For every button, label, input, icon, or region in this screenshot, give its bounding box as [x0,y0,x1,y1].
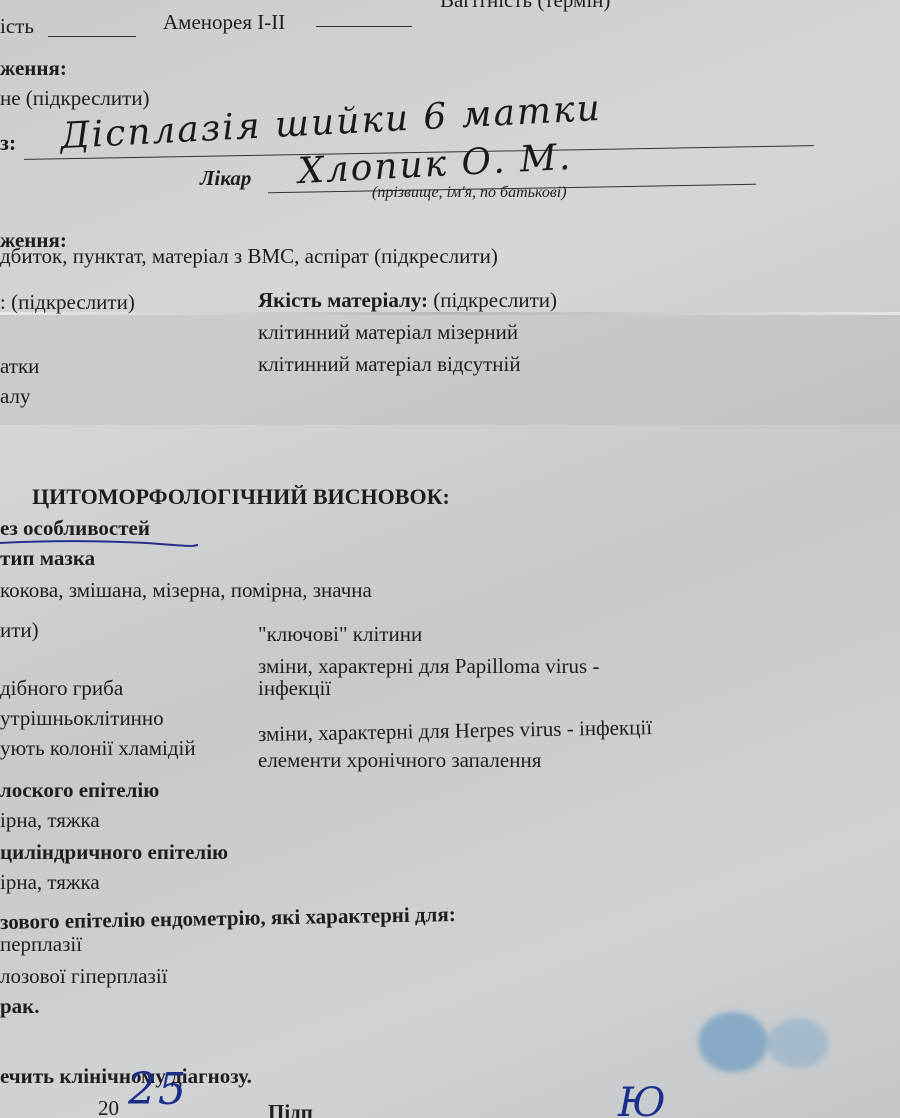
endometrium-item-2: лозової гіперплазії [0,964,168,989]
right-col-item-4: зміни, характерні для Herpes virus - інф… [258,715,652,747]
amenorrhea-blank [316,26,412,27]
left-col-item-2: дібного гриба [0,676,123,701]
left-col-item-1: ити) [0,618,39,643]
left-col-item-3: утрішньоклітинно [0,706,164,731]
left-item-1: атки [0,354,39,379]
stamp-mark [698,1012,768,1072]
quality-item-1: клітинний матеріал мізерний [258,320,518,345]
columnar-degrees: ірна, тяжка [0,870,100,895]
left-item-2: алу [0,384,31,409]
amenorrhea-label: Аменорея І-ІІ [163,10,285,35]
columnar-heading: циліндричного епітелію [0,840,228,865]
left-col-item-4: ують колонії хламідій [0,736,196,761]
diagnosis-prefix: з: [0,130,16,156]
underlined-item: ез особливостей [0,516,150,541]
endometrium-item-1: перплазії [0,932,82,957]
doctor-label: Лікар [200,166,251,191]
endometrium-heading: зового епітелію ендометрію, які характер… [0,902,456,935]
quality-label-note: (підкреслити) [433,288,557,312]
clinical-note: ечить клінічному діагнозу. [0,1064,252,1089]
right-col-item-1: "ключові" клітини [258,622,422,647]
header-field-1-blank [48,36,136,37]
right-col-item-3: інфекції [258,676,331,701]
section-1-title: ження: [0,56,67,81]
squamous-heading: лоского епітелію [0,778,159,803]
doctor-hint: (прізвище, ім'я, по батькові) [372,184,567,202]
pregnancy-label: Вагітність (термін) [440,0,610,13]
material-left-label: : (підкреслити) [0,290,135,315]
stamp-mark-faded [768,1018,828,1068]
right-col-item-5: елементи хронічного запалення [258,748,541,773]
year-handwritten: 25 [128,1064,188,1115]
endometrium-item-3: рак. [0,994,40,1019]
smear-type: тип мазка [0,546,95,571]
conclusion-title: ЦИТОМОРФОЛОГІЧНИЙ ВИСНОВОК: [32,484,450,510]
squamous-degrees: ірна, тяжка [0,808,100,833]
quality-label-bold: Якість матеріалу: [258,288,428,312]
signature-label: Підп [268,1100,313,1118]
header-field-1-label: ість [0,14,34,39]
quality-label: Якість матеріалу: (підкреслити) [258,288,557,313]
material-types: дбиток, пунктат, матеріал з ВМС, аспірат… [0,244,498,269]
year-prefix: 20 [98,1096,119,1118]
signature-handwritten: Ю [618,1080,668,1118]
quality-item-2: клітинний матеріал відсутній [258,352,521,377]
flora-options: кокова, змішана, мізерна, помірна, значн… [0,578,372,603]
section-1-note: не (підкреслити) [0,86,150,111]
